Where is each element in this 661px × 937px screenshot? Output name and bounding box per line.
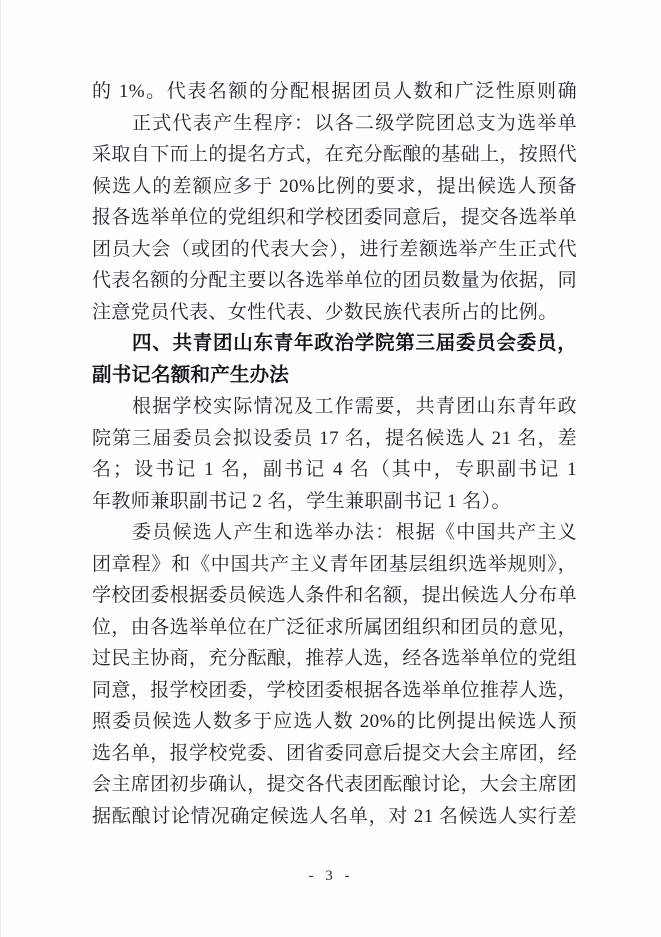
body-line: 注意党员代表、女性代表、少数民族代表所占的比例。 xyxy=(92,297,577,329)
body-line: 委员候选人产生和选举办法：根据《中国共产主义青年 xyxy=(92,517,577,549)
body-line: 同意，报学校团委，学校团委根据各选举单位推荐人选，按 xyxy=(92,675,577,707)
body-line: 过民主协商，充分酝酿，推荐人选，经各选举单位的党组织 xyxy=(92,643,577,675)
body-line: 选名单，报学校党委、团省委同意后提交大会主席团，经大 xyxy=(92,738,577,770)
section-heading-line: 四、共青团山东青年政治学院第三届委员会委员，书记、 xyxy=(92,328,577,360)
section-heading-line: 副书记名额和产生办法 xyxy=(92,360,577,392)
body-line: 报各选举单位的党组织和学校团委同意后，提交各选举单位 xyxy=(92,202,577,234)
body-line: 候选人的差额应多于 20%比例的要求，提出候选人预备人选， xyxy=(92,171,577,203)
body-line: 会主席团初步确认，提交各代表团酝酿讨论，大会主席团根 xyxy=(92,769,577,801)
body-line: 代表名额的分配主要以各选举单位的团员数量为依据，同时 xyxy=(92,265,577,297)
body-line: 学校团委根据委员候选人条件和名额，提出候选人分布单 xyxy=(92,580,577,612)
body-line: 位，由各选举单位在广泛征求所属团组织和团员的意见，经 xyxy=(92,612,577,644)
body-line: 名；设书记 1 名，副书记 4 名（其中，专职副书记 1 名，青 xyxy=(92,454,577,486)
body-line: 照委员候选人数多于应选人数 20%的比例提出候选人预备人 xyxy=(92,706,577,738)
body-line: 团员大会（或团的代表大会），进行差额选举产生正式代表。 xyxy=(92,234,577,266)
document-page: 的 1%。代表名额的分配根据团员人数和广泛性原则确定。 正式代表产生程序：以各二… xyxy=(0,0,661,937)
body-line: 年教师兼职副书记 2 名，学生兼职副书记 1 名）。 xyxy=(92,486,577,518)
body-line: 的 1%。代表名额的分配根据团员人数和广泛性原则确定。 xyxy=(92,76,577,108)
body-line: 根据学校实际情况及工作需要，共青团山东青年政治学 xyxy=(92,391,577,423)
body-line: 采取自下而上的提名方式，在充分酝酿的基础上，按照代表 xyxy=(92,139,577,171)
body-line: 院第三届委员会拟设委员 17 名，提名候选人 21 名，差额 4 xyxy=(92,423,577,455)
body-line: 据酝酿讨论情况确定候选人名单，对 21 名候选人实行差额 xyxy=(92,801,577,833)
body-line: 正式代表产生程序：以各二级学院团总支为选举单位， xyxy=(92,108,577,140)
page-number: - 3 - xyxy=(1,866,661,886)
body-line: 团章程》和《中国共产主义青年团基层组织选举规则》，由 xyxy=(92,549,577,581)
